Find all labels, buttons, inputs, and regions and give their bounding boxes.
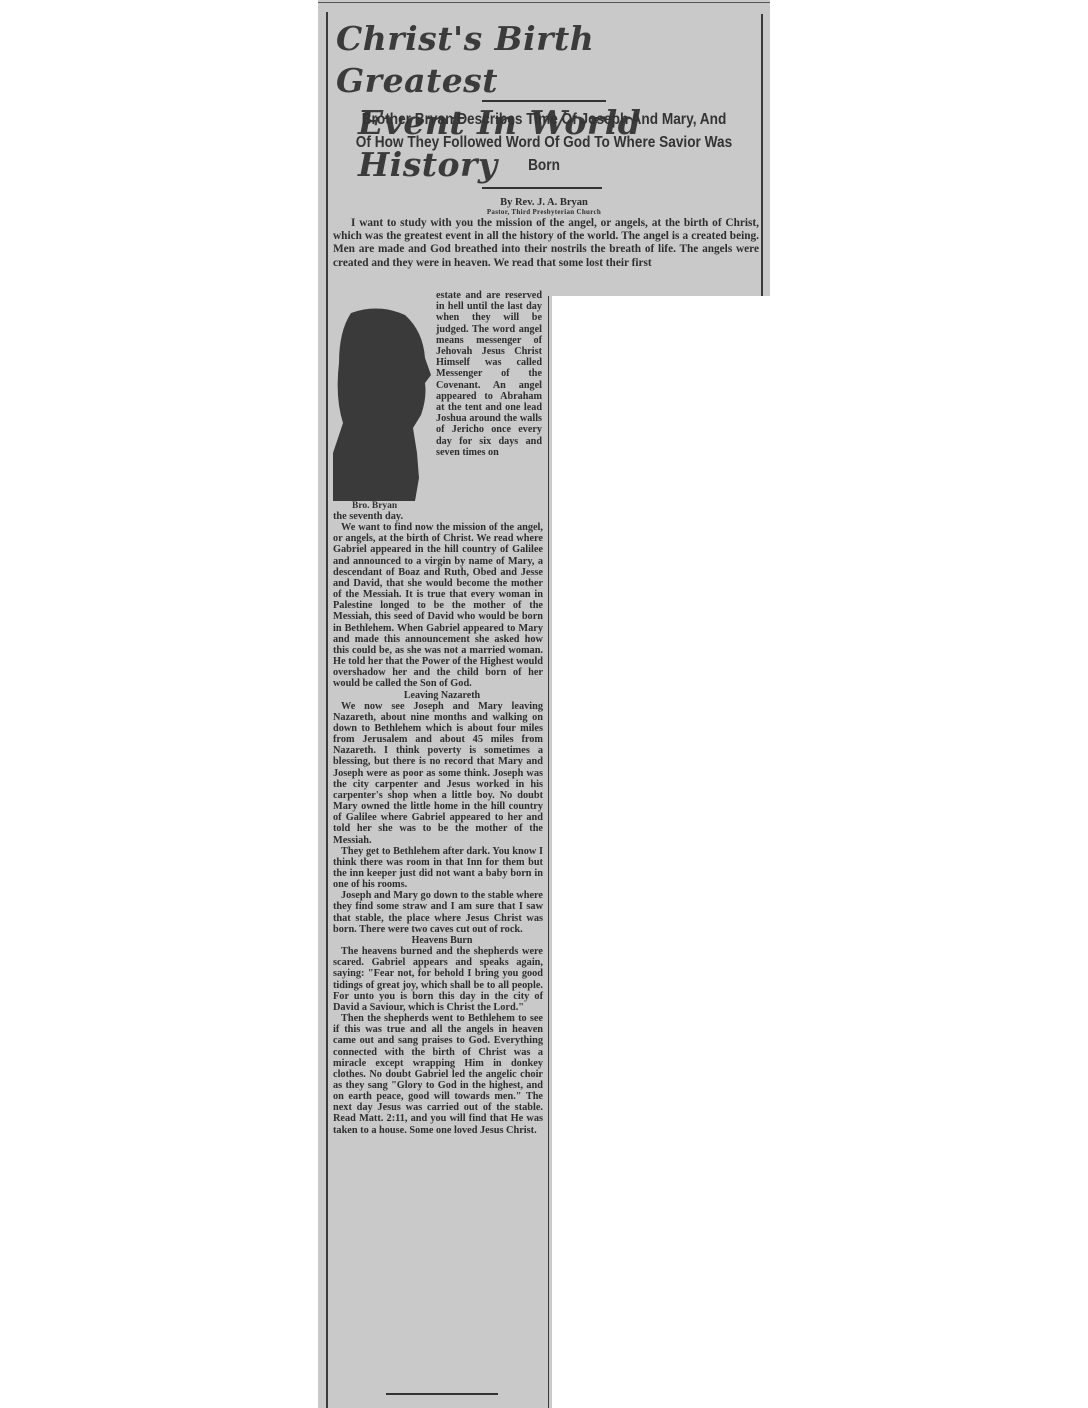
body-paragraph: The heavens burned and the shepherds wer…: [333, 946, 543, 1013]
headline-divider: [482, 100, 606, 102]
byline-title: Pastor, Third Presbyterian Church: [330, 208, 758, 216]
body-paragraph: They get to Bethlehem after dark. You kn…: [333, 846, 543, 891]
text-beside-photo: estate and are reserved in hell until th…: [436, 290, 542, 458]
column-rule-left: [326, 12, 328, 1408]
body-paragraph: We now see Joseph and Mary leaving Nazar…: [333, 701, 543, 846]
article-body: the seventh day. We want to find now the…: [333, 511, 543, 1136]
body-paragraph: Joseph and Mary go down to the stable wh…: [333, 890, 543, 935]
headline-line-1: Christ's Birth Greatest: [336, 18, 756, 102]
intro-paragraph: I want to study with you the mission of …: [333, 217, 759, 270]
portrait-photo: [333, 303, 433, 501]
deck-subheadline: Brother Bryan Describes Time Of Joseph A…: [356, 108, 733, 177]
end-divider: [386, 1393, 498, 1395]
byline-author: By Rev. J. A. Bryan: [330, 197, 758, 208]
intro-text: I want to study with you the mission of …: [333, 217, 759, 270]
continuation-line: the seventh day.: [333, 511, 543, 522]
column-rule-right-narrow: [548, 296, 549, 1408]
subhead-leaving-nazareth: Leaving Nazareth: [333, 690, 543, 701]
deck-divider: [482, 187, 602, 189]
column-rule-right: [761, 14, 763, 296]
byline: By Rev. J. A. Bryan Pastor, Third Presby…: [330, 197, 758, 216]
top-rule: [318, 2, 770, 3]
subhead-heavens-burn: Heavens Burn: [333, 935, 543, 946]
photo-caption: Bro. Bryan: [352, 501, 397, 511]
body-paragraph: We want to find now the mission of the a…: [333, 522, 543, 689]
body-paragraph: Then the shepherds went to Bethlehem to …: [333, 1013, 543, 1136]
